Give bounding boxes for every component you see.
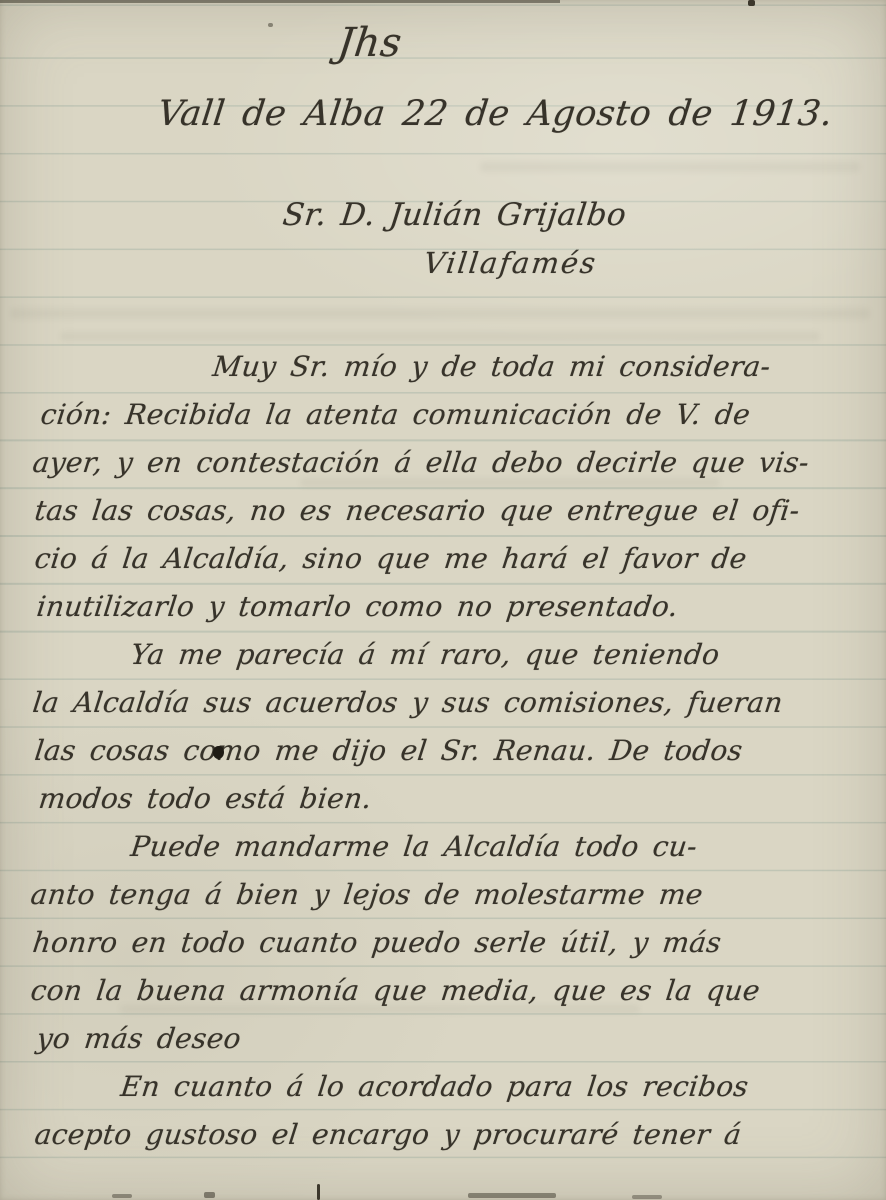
body-line: ción: Recibida la atenta comunicación de… (27, 398, 879, 446)
body-line: En cuanto á lo acordado para los recibos (27, 1070, 879, 1118)
body-line: inutilizarlo y tomarlo como no presentad… (27, 590, 879, 638)
ink-speck (748, 0, 755, 6)
body-line: Muy Sr. mío y de toda mi considera- (27, 350, 879, 398)
scan-edge-shadow (0, 0, 560, 3)
cutoff-text-mark (468, 1193, 556, 1198)
cutoff-text-mark (632, 1195, 662, 1199)
bleed-through-mark (480, 162, 860, 172)
cutoff-text-mark (204, 1192, 215, 1198)
body-line: las cosas como me dijo el Sr. Renau. De … (27, 734, 879, 782)
dateline: Vall de Alba 22 de Agosto de 1913. (156, 94, 835, 134)
body-line: con la buena armonía que media, que es l… (27, 974, 879, 1022)
body-line: Ya me parecía á mí raro, que teniendo (27, 638, 879, 686)
body-line: ayer, y en contestación á ella debo deci… (27, 446, 879, 494)
body-line: yo más deseo (27, 1022, 879, 1070)
recipient-place: Villafamés (422, 246, 599, 280)
cutoff-text-mark (317, 1184, 320, 1200)
body-line: honro en todo cuanto puedo serle útil, y… (27, 926, 879, 974)
body-line: Puede mandarme la Alcaldía todo cu- (27, 830, 879, 878)
jhs-monogram: Jhs (335, 20, 404, 66)
recipient-name: Sr. D. Julián Grijalbo (281, 197, 629, 233)
cutoff-text-mark (112, 1194, 132, 1198)
body-line: la Alcaldía sus acuerdos y sus comisione… (27, 686, 879, 734)
bleed-through-mark (10, 308, 870, 319)
letter-page: Jhs Vall de Alba 22 de Agosto de 1913. S… (0, 0, 886, 1200)
body-line: modos todo está bien. (27, 782, 879, 830)
letter-body: Muy Sr. mío y de toda mi considera- ción… (30, 350, 876, 1166)
ink-speck (268, 23, 273, 27)
body-line: cio á la Alcaldía, sino que me hará el f… (27, 542, 879, 590)
body-line: tas las cosas, no es necesario que entre… (27, 494, 879, 542)
body-line: acepto gustoso el encargo y procuraré te… (27, 1118, 879, 1166)
bleed-through-mark (60, 332, 820, 341)
body-line: anto tenga á bien y lejos de molestarme … (27, 878, 879, 926)
